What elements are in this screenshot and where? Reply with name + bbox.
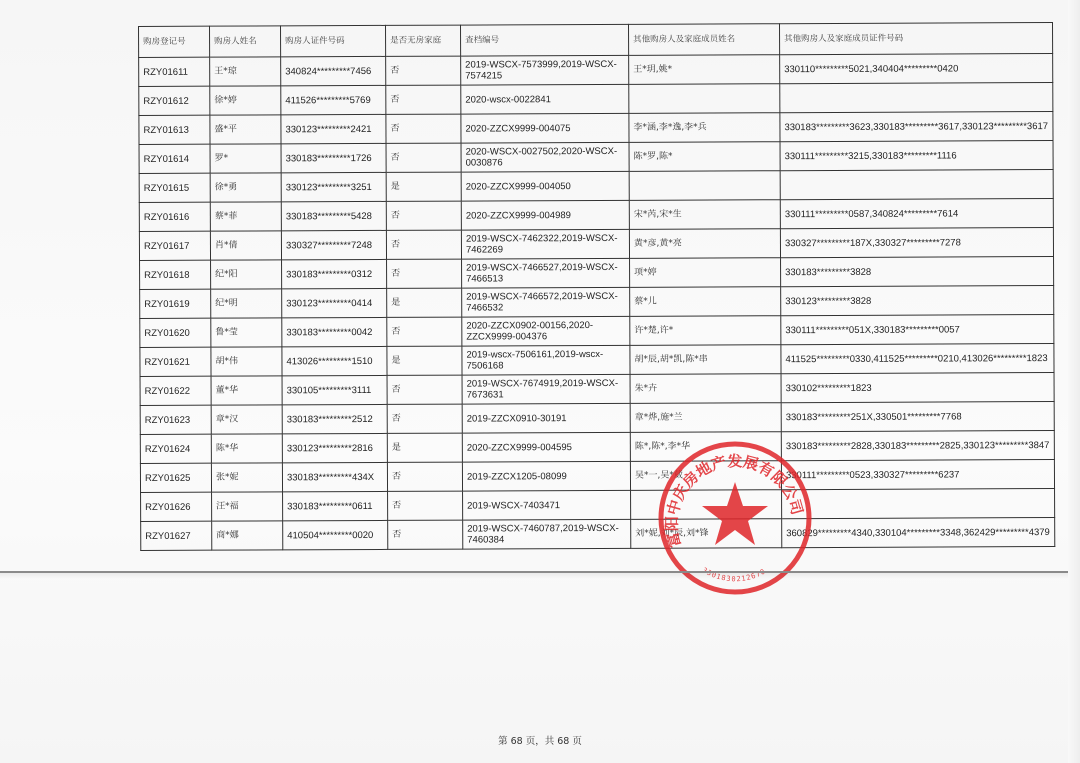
- cell-other-members-names: 黄*彦,黄*亮: [629, 229, 780, 259]
- cell-other-members-ids: 360829*********4340,330104*********3348,…: [782, 518, 1055, 548]
- cell-registration-no: RZY01614: [139, 144, 210, 173]
- table-row: RZY01615徐*勇330123*********3251是2020-ZZCX…: [139, 170, 1053, 203]
- cell-other-members-ids: 330111*********0587,340824*********7614: [780, 199, 1053, 229]
- cell-archive-no: 2020-ZZCX9999-004050: [461, 171, 629, 201]
- cell-other-members-names: 章*烨,施*兰: [630, 403, 781, 433]
- cell-other-members-ids: 330327*********187X,330327*********7278: [780, 228, 1053, 258]
- cell-buyer-name: 罗*: [210, 144, 281, 173]
- cell-buyer-id: 330183*********0312: [282, 259, 387, 288]
- cell-buyer-id: 340824*********7456: [281, 56, 386, 85]
- cell-buyer-name: 纪*明: [211, 289, 282, 318]
- cell-registration-no: RZY01611: [139, 57, 210, 86]
- cell-buyer-id: 330183*********0042: [282, 317, 387, 346]
- cell-no-house-family: 否: [386, 201, 461, 230]
- cell-buyer-name: 董*华: [211, 376, 282, 405]
- cell-no-house-family: 否: [386, 85, 461, 114]
- table-header-row: 购房登记号 购房人姓名 购房人证件号码 是否无房家庭 查档编号 其他购房人及家庭…: [139, 23, 1053, 58]
- cell-buyer-id: 410504*********0020: [283, 520, 388, 549]
- cell-registration-no: RZY01617: [139, 231, 210, 260]
- cell-other-members-names: 胡*辰,胡*凯,陈*串: [630, 345, 781, 375]
- cell-buyer-name: 商*娜: [212, 521, 283, 550]
- cell-registration-no: RZY01626: [141, 492, 212, 521]
- cell-no-house-family: 否: [387, 462, 462, 491]
- cell-buyer-name: 徐*婷: [210, 86, 281, 115]
- cell-registration-no: RZY01620: [140, 318, 211, 347]
- table-row: RZY01622董*华330105*********3111否2019-WSCX…: [140, 373, 1054, 406]
- table-row: RZY01627商*娜410504*********0020否2019-WSCX…: [141, 518, 1055, 551]
- table-row: RZY01621胡*伟413026*********1510是2019-wscx…: [140, 344, 1054, 377]
- cell-other-members-names: [629, 84, 780, 114]
- cell-archive-no: 2019-WSCX-7466572,2019-WSCX-7466532: [462, 287, 630, 317]
- page-edge: [1068, 0, 1080, 763]
- cell-registration-no: RZY01612: [139, 86, 210, 115]
- cell-registration-no: RZY01621: [140, 347, 211, 376]
- cell-archive-no: 2019-WSCX-7674919,2019-WSCX-7673631: [462, 374, 630, 404]
- cell-buyer-name: 鲁*莹: [211, 318, 282, 347]
- header-other-members-ids: 其他购房人及家庭成员证件号码: [779, 23, 1052, 55]
- cell-no-house-family: 是: [387, 433, 462, 462]
- cell-buyer-id: 330123*********3251: [281, 172, 386, 201]
- cell-no-house-family: 否: [387, 259, 462, 288]
- cell-no-house-family: 否: [388, 491, 463, 520]
- cell-archive-no: 2019-WSCX-7466527,2019-WSCX-7466513: [462, 258, 630, 288]
- cell-no-house-family: 否: [387, 375, 462, 404]
- cell-other-members-names: 吴*一,吴*葳: [630, 461, 781, 491]
- cell-other-members-names: 朱*卉: [630, 374, 781, 404]
- cell-archive-no: 2020-wscx-0022841: [461, 84, 629, 114]
- cell-buyer-id: 330105*********3111: [282, 375, 387, 404]
- page-number: 第 68 页，共 68 页: [0, 733, 1080, 747]
- cell-other-members-names: 李*涵,李*逸,李*兵: [629, 113, 780, 143]
- cell-other-members-ids: 330183*********3623,330183*********3617,…: [780, 112, 1053, 142]
- cell-registration-no: RZY01627: [141, 521, 212, 550]
- cell-registration-no: RZY01619: [140, 289, 211, 318]
- cell-no-house-family: 是: [387, 288, 462, 317]
- cell-other-members-names: 项*婷: [630, 258, 781, 288]
- cell-registration-no: RZY01624: [140, 434, 211, 463]
- cell-buyer-name: 纪*阳: [211, 260, 282, 289]
- cell-no-house-family: 是: [386, 172, 461, 201]
- cell-other-members-names: [631, 490, 782, 520]
- table-row: RZY01611王*琼340824*********7456否2019-WSCX…: [139, 54, 1053, 87]
- cell-registration-no: RZY01625: [140, 463, 211, 492]
- header-archive-no: 查档编号: [460, 24, 628, 56]
- table-row: RZY01624陈*华330123*********2816是2020-ZZCX…: [140, 431, 1054, 464]
- cell-other-members-ids: 330183*********251X,330501*********7768: [781, 402, 1054, 432]
- cell-registration-no: RZY01613: [139, 115, 210, 144]
- cell-registration-no: RZY01616: [139, 202, 210, 231]
- table-row: RZY01618纪*阳330183*********0312否2019-WSCX…: [140, 257, 1054, 290]
- cell-no-house-family: 否: [386, 143, 461, 172]
- table-row: RZY01620鲁*莹330183*********0042否2020-ZZCX…: [140, 315, 1054, 348]
- cell-buyer-name: 徐*勇: [210, 173, 281, 202]
- cell-other-members-ids: [780, 170, 1053, 200]
- cell-archive-no: 2019-wscx-7506161,2019-wscx-7506168: [462, 345, 630, 375]
- cell-registration-no: RZY01618: [140, 260, 211, 289]
- cell-other-members-ids: 330111*********0523,330327*********6237: [781, 460, 1054, 490]
- cell-registration-no: RZY01623: [140, 405, 211, 434]
- header-buyer-name: 购房人姓名: [210, 26, 281, 57]
- cell-archive-no: 2019-WSCX-7573999,2019-WSCX-7574215: [461, 55, 629, 85]
- cell-buyer-name: 盛*平: [210, 115, 281, 144]
- cell-buyer-name: 章*汉: [211, 405, 282, 434]
- cell-other-members-ids: 330111*********051X,330183*********0057: [781, 315, 1054, 345]
- cell-buyer-id: 330183*********0611: [283, 491, 388, 520]
- cell-other-members-ids: 330110*********5021,340404*********0420: [780, 54, 1053, 84]
- cell-buyer-name: 蔡*菲: [210, 202, 281, 231]
- cell-no-house-family: 否: [387, 404, 462, 433]
- cell-registration-no: RZY01622: [140, 376, 211, 405]
- document-page: 购房登记号 购房人姓名 购房人证件号码 是否无房家庭 查档编号 其他购房人及家庭…: [0, 0, 1080, 763]
- cell-buyer-id: 330123*********2816: [282, 433, 387, 462]
- header-no-house-family: 是否无房家庭: [385, 25, 460, 56]
- table-row: RZY01616蔡*菲330183*********5428否2020-ZZCX…: [139, 199, 1053, 232]
- cell-archive-no: 2019-ZZCX1205-08099: [462, 461, 630, 491]
- table-row: RZY01617肖*倩330327*********7248否2019-WSCX…: [139, 228, 1053, 261]
- cell-buyer-id: 330183*********434X: [282, 462, 387, 491]
- purchase-registration-table: 购房登记号 购房人姓名 购房人证件号码 是否无房家庭 查档编号 其他购房人及家庭…: [138, 22, 1055, 551]
- table-row: RZY01623章*汉330183*********2512否2019-ZZCX…: [140, 402, 1054, 435]
- cell-no-house-family: 否: [386, 230, 461, 259]
- cell-archive-no: 2020-ZZCX9999-004595: [462, 432, 630, 462]
- cell-other-members-ids: 330183*********3828: [781, 257, 1054, 287]
- cell-archive-no: 2019-ZZCX0910-30191: [462, 403, 630, 433]
- header-other-members-names: 其他购房人及家庭成员姓名: [628, 24, 779, 56]
- cell-other-members-ids: 330183*********2828,330183*********2825,…: [781, 431, 1054, 461]
- cell-other-members-ids: 330111*********3215,330183*********1116: [780, 141, 1053, 171]
- cell-archive-no: 2020-WSCX-0027502,2020-WSCX-0030876: [461, 142, 629, 172]
- cell-buyer-name: 肖*倩: [210, 231, 281, 260]
- cell-other-members-names: 许*楚,许*: [630, 316, 781, 346]
- cell-other-members-names: 王*玥,姚*: [629, 55, 780, 85]
- cell-registration-no: RZY01615: [139, 173, 210, 202]
- cell-other-members-names: 宋*芮,宋*生: [629, 200, 780, 230]
- cell-no-house-family: 否: [388, 520, 463, 549]
- cell-buyer-id: 330123*********0414: [282, 288, 387, 317]
- cell-other-members-ids: 411525*********0330,411525*********0210,…: [781, 344, 1054, 374]
- cell-buyer-name: 胡*伟: [211, 347, 282, 376]
- cell-buyer-id: 330327*********7248: [281, 230, 386, 259]
- cell-buyer-name: 张*妮: [211, 463, 282, 492]
- cell-no-house-family: 否: [386, 56, 461, 85]
- cell-buyer-id: 330183*********2512: [282, 404, 387, 433]
- cell-other-members-ids: [782, 489, 1055, 519]
- table-row: RZY01612徐*婷411526*********5769否2020-wscx…: [139, 83, 1053, 116]
- cell-archive-no: 2020-ZZCX9999-004989: [461, 200, 629, 230]
- cell-buyer-id: 413026*********1510: [282, 346, 387, 375]
- cell-archive-no: 2020-ZZCX9999-004075: [461, 113, 629, 143]
- cell-other-members-names: 陈*罗,陈*: [629, 142, 780, 172]
- cell-other-members-names: 蔡*儿: [630, 287, 781, 317]
- header-registration-no: 购房登记号: [139, 26, 210, 57]
- header-buyer-id: 购房人证件号码: [281, 25, 386, 56]
- table-row: RZY01625张*妮330183*********434X否2019-ZZCX…: [140, 460, 1054, 493]
- cell-no-house-family: 否: [386, 114, 461, 143]
- scan-fold-shadow: [0, 573, 1070, 579]
- cell-other-members-names: 陈*,陈*,李*华: [630, 432, 781, 462]
- table-row: RZY01619纪*明330123*********0414是2019-WSCX…: [140, 286, 1054, 319]
- cell-buyer-id: 411526*********5769: [281, 85, 386, 114]
- cell-no-house-family: 否: [387, 317, 462, 346]
- table-body: RZY01611王*琼340824*********7456否2019-WSCX…: [139, 54, 1055, 551]
- cell-other-members-ids: [780, 83, 1053, 113]
- cell-buyer-name: 王*琼: [210, 57, 281, 86]
- cell-archive-no: 2019-WSCX-7462322,2019-WSCX-7462269: [461, 229, 629, 259]
- cell-archive-no: 2019-WSCX-7403471: [463, 490, 631, 520]
- table-row: RZY01626汪*福330183*********0611否2019-WSCX…: [141, 489, 1055, 522]
- cell-buyer-id: 330123*********2421: [281, 114, 386, 143]
- cell-other-members-ids: 330102*********1823: [781, 373, 1054, 403]
- table-row: RZY01614罗*330183*********1726否2020-WSCX-…: [139, 141, 1053, 174]
- cell-buyer-name: 陈*华: [211, 434, 282, 463]
- cell-buyer-id: 330183*********5428: [281, 201, 386, 230]
- cell-other-members-names: [629, 171, 780, 201]
- cell-no-house-family: 是: [387, 346, 462, 375]
- table-row: RZY01613盛*平330123*********2421否2020-ZZCX…: [139, 112, 1053, 145]
- cell-buyer-name: 汪*福: [212, 492, 283, 521]
- cell-other-members-ids: 330123*********3828: [781, 286, 1054, 316]
- cell-archive-no: 2019-WSCX-7460787,2019-WSCX-7460384: [463, 519, 631, 549]
- cell-buyer-id: 330183*********1726: [281, 143, 386, 172]
- cell-archive-no: 2020-ZZCX0902-00156,2020-ZZCX9999-004376: [462, 316, 630, 346]
- cell-other-members-names: 刘*妮,刘*辰,刘*锋: [631, 519, 782, 549]
